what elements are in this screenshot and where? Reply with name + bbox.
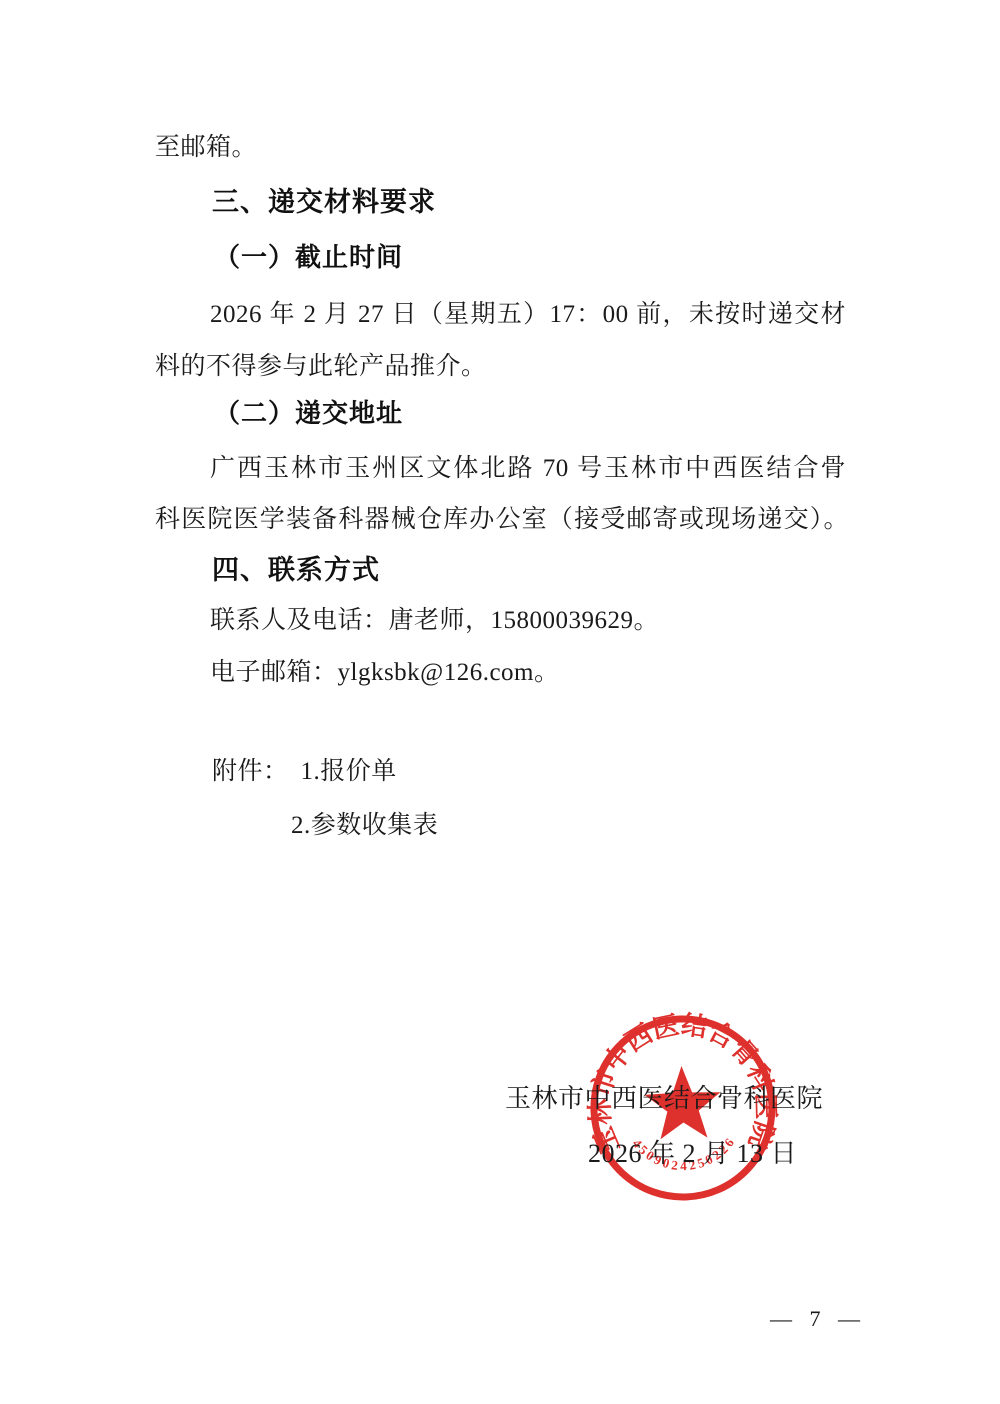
attachments-line: 附件：1.报价单 [212, 758, 397, 787]
attachment-item-1: 1.报价单 [301, 758, 397, 785]
section3-sub1-heading: （一）截止时间 [214, 243, 403, 273]
attachments-label: 附件： [212, 758, 289, 785]
page-number: — 7 — [770, 1306, 866, 1332]
signature-date: 2026 年 2 月 13 日 [588, 1139, 797, 1169]
document-page: 至邮箱。 三、递交材料要求 （一）截止时间 2026 年 2 月 27 日（星期… [0, 0, 1000, 1404]
address-paragraph-line1: 广西玉林市玉州区文体北路 70 号玉林市中西医结合骨 [210, 455, 846, 484]
deadline-paragraph-line1: 2026 年 2 月 27 日（星期五）17：00 前，未按时递交材 [210, 301, 846, 330]
contact-email-line: 电子邮箱：ylgksbk@126.com。 [210, 659, 560, 688]
deadline-paragraph-line2: 料的不得参与此轮产品推介。 [155, 353, 487, 382]
section3-sub2-heading: （二）递交地址 [214, 399, 403, 429]
signature-organization: 玉林市中西医结合骨科医院 [505, 1084, 823, 1114]
section3-heading: 三、递交材料要求 [212, 187, 436, 218]
paragraph-tail-line: 至邮箱。 [155, 134, 257, 163]
attachment-item-2: 2.参数收集表 [291, 812, 438, 841]
address-paragraph-line2: 科医院医学装备科器械仓库办公室（接受邮寄或现场递交）。 [155, 506, 849, 535]
contact-phone-line: 联系人及电话：唐老师，15800039629。 [210, 607, 659, 636]
section4-heading: 四、联系方式 [212, 555, 380, 586]
